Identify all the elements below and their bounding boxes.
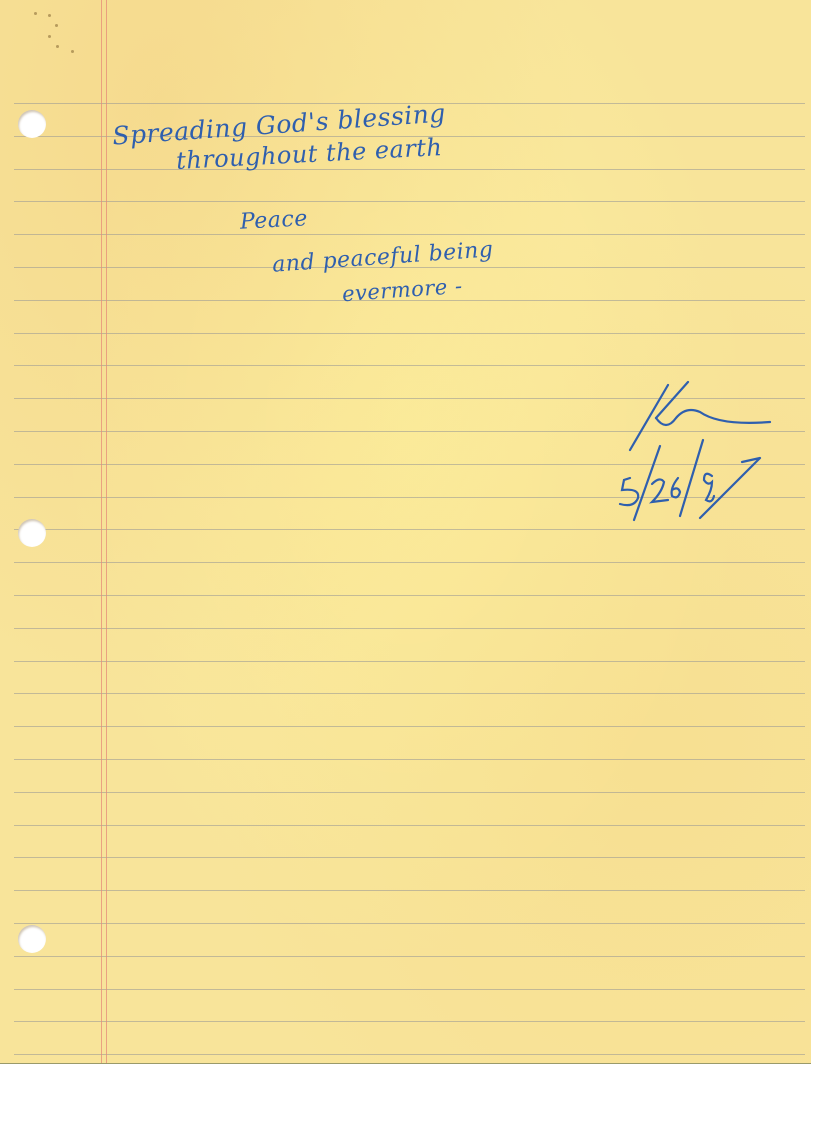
ruled-paper-sheet: Spreading God's blessing throughout the … [0, 0, 811, 1063]
signature-and-date-strokes [0, 0, 811, 1063]
